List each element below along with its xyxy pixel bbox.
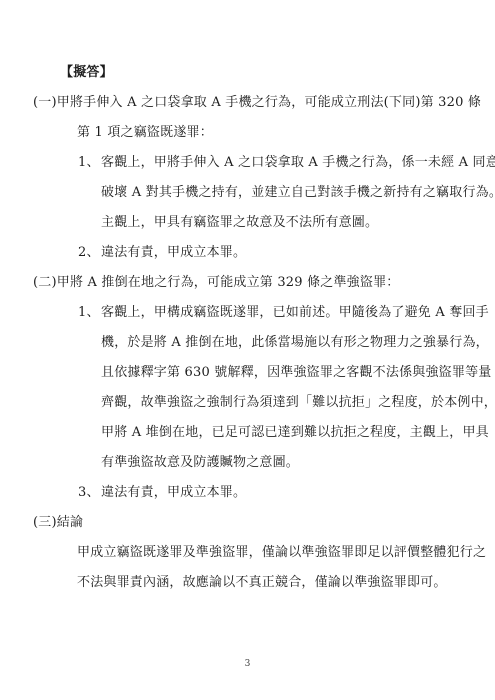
list-item-text: 違法有責，甲成立本罪。 (101, 485, 246, 500)
list-marker: 2、 (78, 238, 101, 268)
list-item-line: 2、違法有責，甲成立本罪。 (33, 238, 465, 268)
text-line: 主觀上，甲具有竊盜罪之故意及不法所有意圖。 (33, 208, 465, 238)
list-item-text: 違法有責，甲成立本罪。 (101, 245, 246, 260)
text-line: 破壞 A 對其手機之持有，並建立自己對該手機之新持有之竊取行為。 (33, 178, 465, 208)
section-heading-1: (一)甲將手伸入 A 之口袋拿取 A 手機之行為，可能成立刑法(下同)第 320… (33, 88, 465, 118)
text-line: 甲成立竊盜既遂罪及準強盜罪，僅論以準強盜罪即足以評價整體犯行之 (33, 538, 465, 568)
document-title: 【擬答】 (33, 58, 465, 88)
text-line: 不法與罪責內涵，故應論以不真正競合，僅論以準強盜罪即可。 (33, 568, 465, 598)
text-line: 齊觀，故準強盜之強制行為須達到「難以抗拒」之程度，於本例中， (33, 388, 465, 418)
list-item-line: 3、違法有責，甲成立本罪。 (33, 478, 465, 508)
list-marker: 3、 (78, 478, 101, 508)
text-line: 且依據釋字第 630 號解釋，因準強盜罪之客觀不法係與強盜罪等量 (33, 358, 465, 388)
list-marker: 1、 (78, 298, 101, 328)
text-line: 有準強盜故意及防護贓物之意圖。 (33, 448, 465, 478)
list-item-line: 1、客觀上，甲將手伸入 A 之口袋拿取 A 手機之行為，係一未經 A 同意， (33, 148, 465, 178)
list-item-line: 1、客觀上，甲構成竊盜既遂罪，已如前述。甲隨後為了避免 A 奪回手 (33, 298, 465, 328)
section-heading-3: (三)結論 (33, 508, 465, 538)
text-line: 機，於是將 A 推倒在地，此係當場施以有形之物理力之強暴行為， (33, 328, 465, 358)
document-page: 【擬答】 (一)甲將手伸入 A 之口袋拿取 A 手機之行為，可能成立刑法(下同)… (0, 0, 495, 700)
list-item-text: 客觀上，甲將手伸入 A 之口袋拿取 A 手機之行為，係一未經 A 同意， (101, 155, 495, 170)
document-body: 【擬答】 (一)甲將手伸入 A 之口袋拿取 A 手機之行為，可能成立刑法(下同)… (33, 58, 465, 598)
page-number: 3 (0, 658, 495, 670)
text-line: 甲將 A 堆倒在地，已足可認已達到難以抗拒之程度，主觀上，甲具 (33, 418, 465, 448)
section-heading-2: (二)甲將 A 推倒在地之行為，可能成立第 329 條之準強盜罪： (33, 268, 465, 298)
section-heading-1-cont: 第 1 項之竊盜既遂罪： (33, 118, 465, 148)
list-item-text: 客觀上，甲構成竊盜既遂罪，已如前述。甲隨後為了避免 A 奪回手 (101, 305, 489, 320)
list-marker: 1、 (78, 148, 101, 178)
